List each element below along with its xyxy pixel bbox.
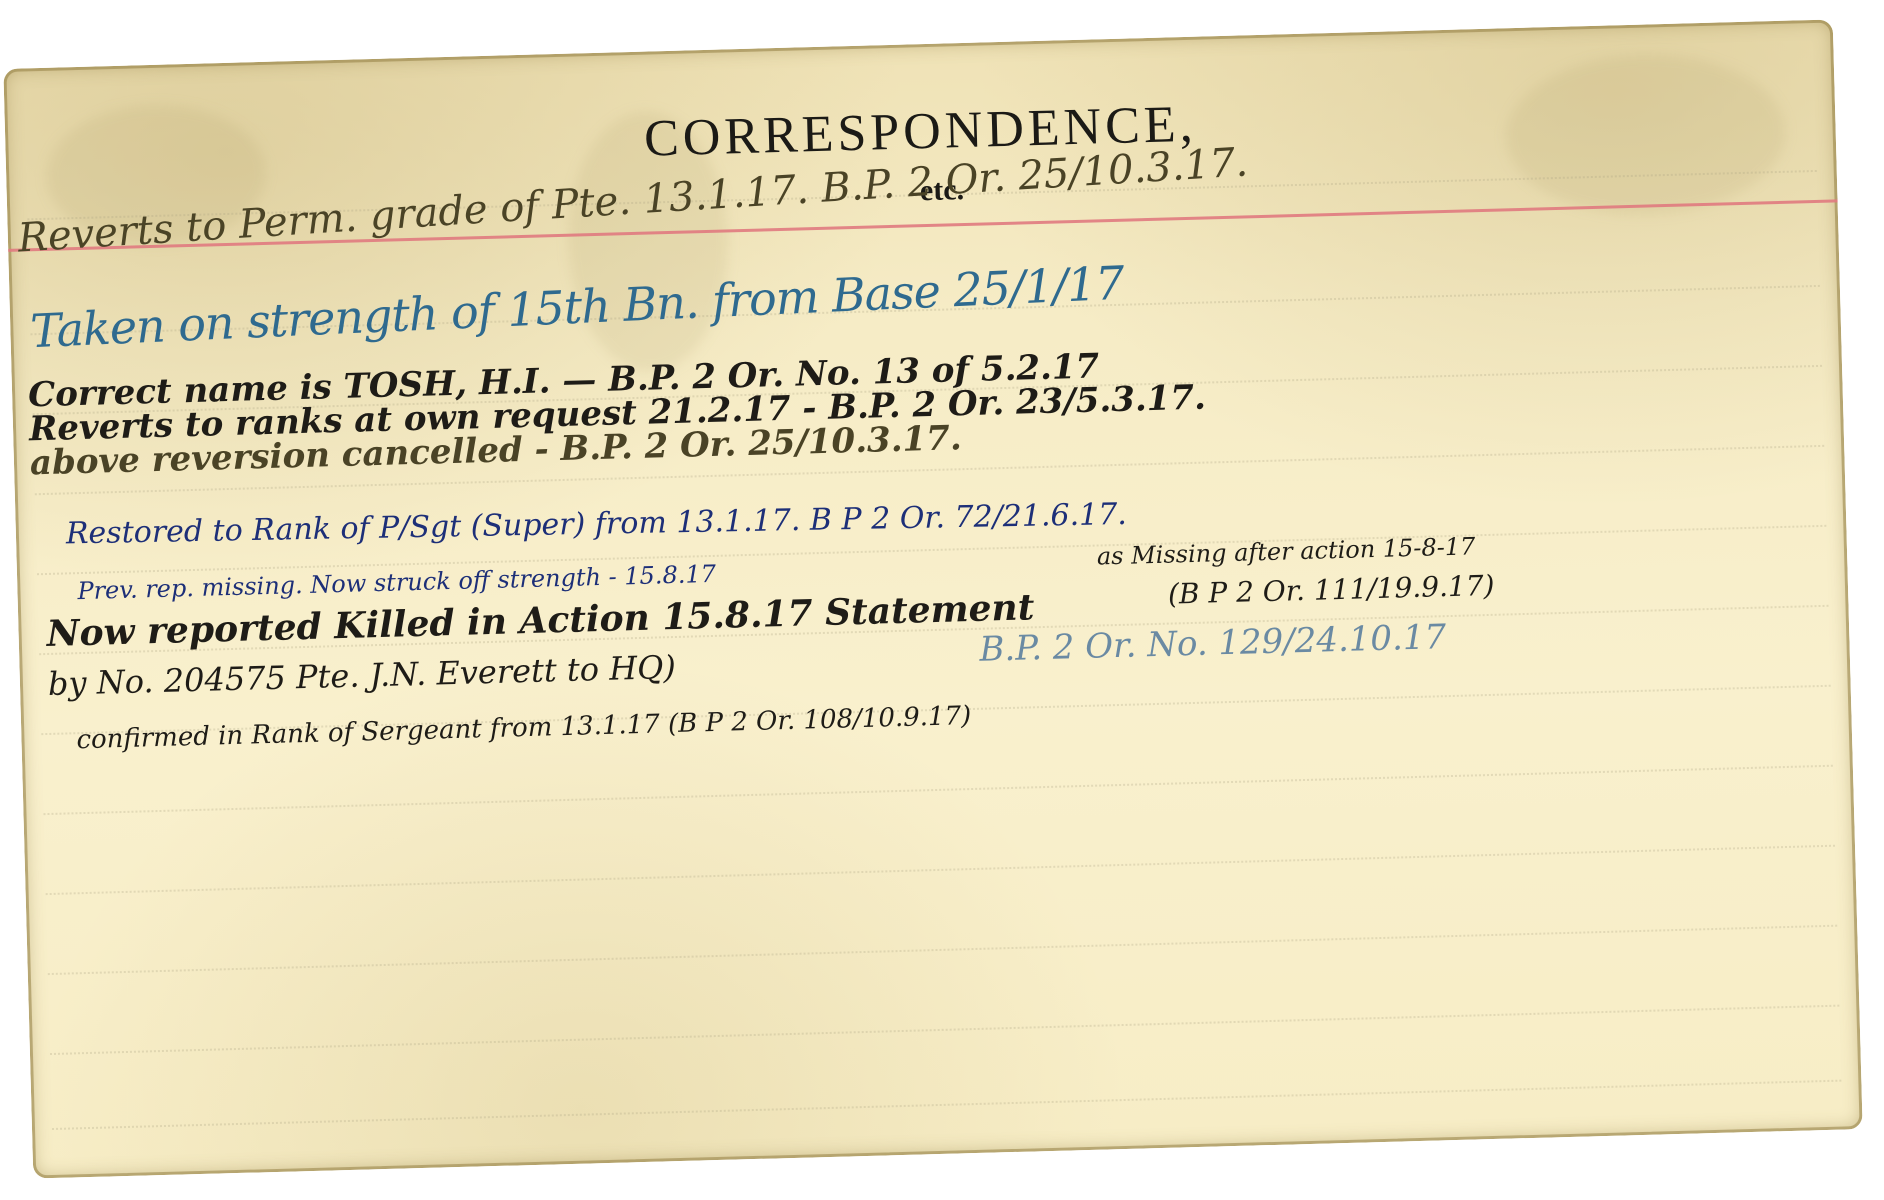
- entry-confirmed-rank: confirmed in Rank of Sergeant from 13.1.…: [76, 703, 971, 753]
- ruled-line: [48, 925, 1837, 975]
- entry-missing-after-action: as Missing after action 15-8-17: [1097, 534, 1476, 568]
- ruled-line: [46, 845, 1835, 895]
- entry-bp-111: (B P 2 Or. 111/19.9.17): [1168, 572, 1495, 609]
- entry-bp-129: B.P. 2 Or. No. 129/24.10.17: [979, 620, 1447, 667]
- entry-restored-rank: Restored to Rank of P/Sgt (Super) from 1…: [66, 500, 1127, 549]
- ruled-line: [50, 1005, 1839, 1055]
- entry-by-no: by No. 204575 Pte. J.N. Everett to HQ): [48, 651, 677, 700]
- ruled-line: [43, 765, 1832, 815]
- record-card: CORRESPONDENCE, etc. Reverts to Perm. gr…: [3, 19, 1862, 1178]
- ruled-line: [52, 1080, 1841, 1130]
